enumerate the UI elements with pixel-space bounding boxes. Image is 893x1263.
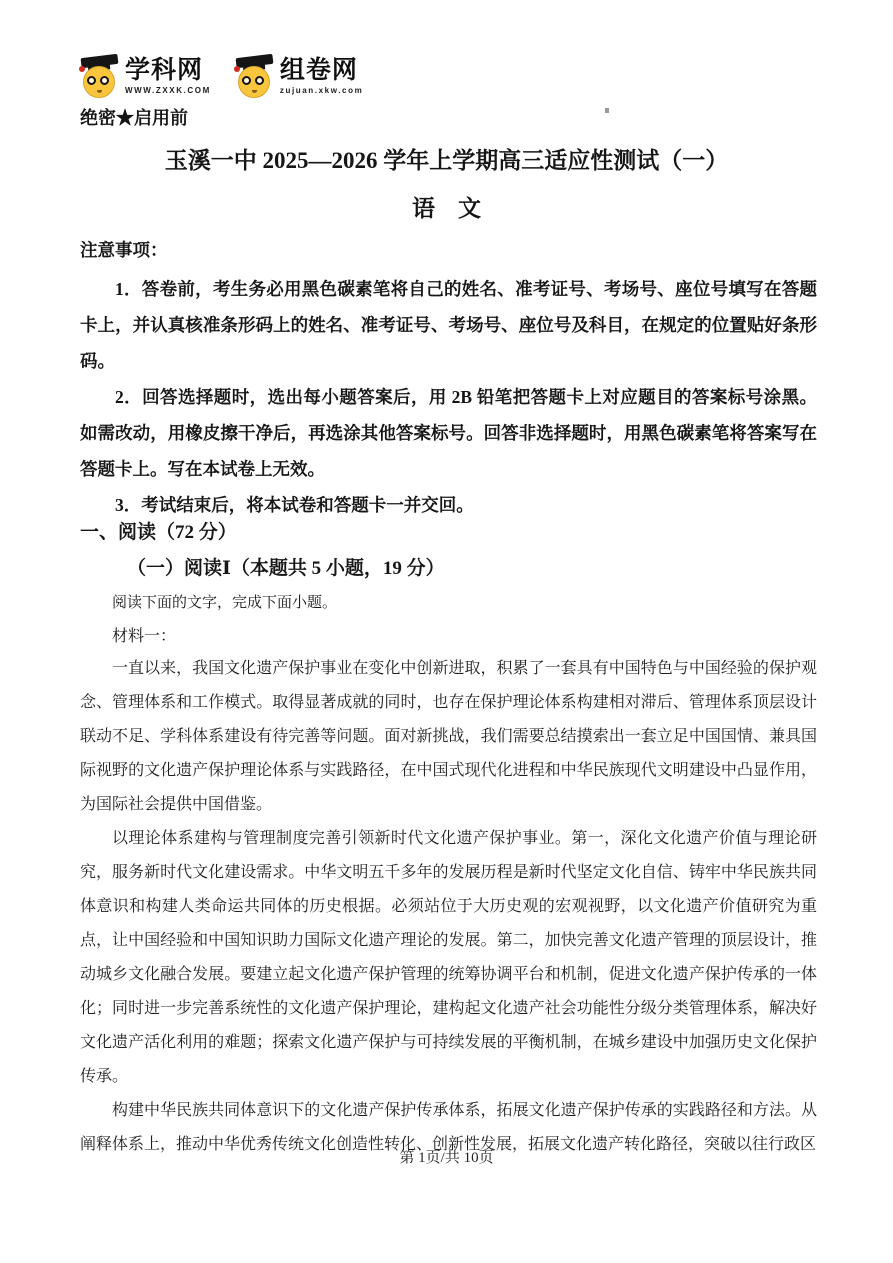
- zujuan-logo-url: zujuan.xkw.com: [280, 86, 363, 95]
- exam-title: 玉溪一中 2025—2026 学年上学期高三适应性测试（一）: [0, 142, 893, 175]
- owl-eye-left: [242, 76, 251, 85]
- notice-item-2: 2．回答选择题时，选出每小题答案后，用 2B 铅笔把答题卡上对应题目的答案标号涂…: [80, 379, 817, 487]
- zujuan-owl-icon: [235, 53, 275, 99]
- owl-eye-left: [87, 76, 96, 85]
- tassel-icon: [234, 66, 240, 72]
- xkw-logo: 学科网 WWW.ZXXK.COM: [80, 53, 211, 99]
- owl-eye-right: [255, 76, 264, 85]
- material-one-label: 材料一：: [112, 623, 176, 646]
- xkw-logo-text: 学科网 WWW.ZXXK.COM: [125, 58, 211, 95]
- material-paragraph-1: 一直以来，我国文化遗产保护事业在变化中创新进取，积累了一套具有中国特色与中国经验…: [80, 652, 817, 822]
- notice-item-1: 1．答卷前，考生务必用黑色碳素笔将自己的姓名、准考证号、考场号、座位号填写在答题…: [80, 271, 817, 379]
- owl-face: [238, 66, 270, 98]
- zujuan-logo: 组卷网 zujuan.xkw.com: [235, 53, 363, 99]
- xkw-logo-url: WWW.ZXXK.COM: [125, 86, 211, 95]
- material-paragraph-2: 以理论体系建构与管理制度完善引领新时代文化遗产保护事业。第一，深化文化遗产价值与…: [80, 822, 817, 1094]
- subject-title: 语 文: [0, 190, 893, 223]
- owl-face: [83, 66, 115, 98]
- xkw-logo-name: 学科网: [125, 58, 211, 83]
- stray-mark: [605, 108, 609, 113]
- reading-instruction: 阅读下面的文字，完成下面小题。: [112, 591, 337, 612]
- zujuan-logo-text: 组卷网 zujuan.xkw.com: [280, 58, 363, 95]
- section-heading-reading: 一、阅读（72 分）: [80, 517, 237, 544]
- classification-label: 绝密★启用前: [80, 104, 188, 130]
- owl-mouth: [252, 90, 257, 93]
- notice-heading: 注意事项：: [80, 237, 168, 262]
- material-one-body: 一直以来，我国文化遗产保护事业在变化中创新进取，积累了一套具有中国特色与中国经验…: [80, 652, 817, 1162]
- zujuan-logo-name: 组卷网: [280, 58, 363, 83]
- subsection-heading-reading-one: （一）阅读Ⅰ（本题共 5 小题，19 分）: [127, 553, 445, 580]
- page-number: 第 1页/共 10页: [0, 1146, 893, 1167]
- owl-mouth: [97, 90, 102, 93]
- owl-eye-right: [100, 76, 109, 85]
- xkw-owl-icon: [80, 53, 120, 99]
- tassel-icon: [79, 66, 85, 72]
- exam-paper-page: 学科网 WWW.ZXXK.COM 组卷网 zujuan.xkw.com 绝密★启…: [0, 0, 893, 1263]
- logo-row: 学科网 WWW.ZXXK.COM 组卷网 zujuan.xkw.com: [80, 53, 363, 99]
- notice-list: 1．答卷前，考生务必用黑色碳素笔将自己的姓名、准考证号、考场号、座位号填写在答题…: [80, 271, 817, 523]
